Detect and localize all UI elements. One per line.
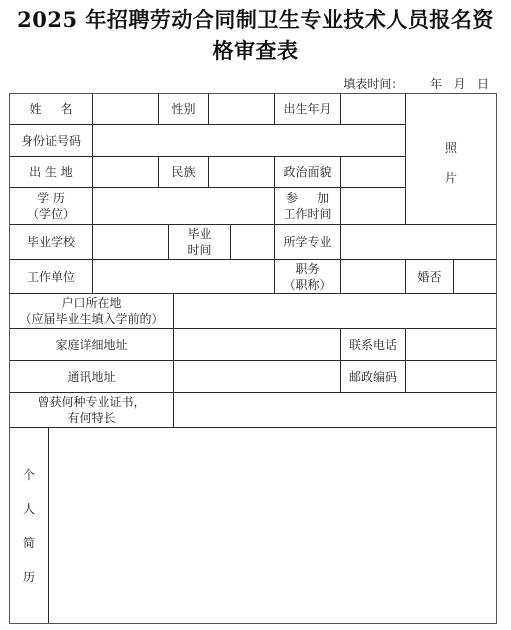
mailing-address-field[interactable]: [173, 360, 341, 393]
work-start-field[interactable]: [340, 187, 406, 225]
ethnicity-label: 民族: [158, 156, 209, 188]
birthplace-field[interactable]: [92, 156, 159, 188]
phone-field[interactable]: [405, 328, 497, 361]
resume-char-4: 历: [23, 569, 35, 585]
birth-date-field[interactable]: [340, 93, 406, 125]
graduation-time-label: 毕业 时间: [168, 224, 231, 260]
photo-label-1: 照: [445, 140, 457, 156]
postcode-field[interactable]: [405, 360, 497, 393]
birth-date-label: 出生年月: [274, 93, 341, 125]
employer-field[interactable]: [92, 259, 275, 294]
major-label: 所学专业: [274, 224, 341, 260]
education-label: 学 历 （学位）: [9, 187, 93, 225]
photo-label-2: 片: [445, 170, 457, 186]
school-field[interactable]: [92, 224, 169, 260]
resume-label: 个 人 简 历: [9, 427, 49, 624]
marital-status-field[interactable]: [453, 259, 497, 294]
position-label: 职务 （职称）: [274, 259, 341, 294]
certificates-label: 曾获何种专业证书， 有何特长: [9, 392, 174, 428]
work-start-label: 参 加 工作时间: [274, 187, 341, 225]
name-label: 姓 名: [9, 93, 93, 125]
resume-char-2: 人: [23, 501, 35, 517]
gender-field[interactable]: [208, 93, 275, 125]
position-field[interactable]: [340, 259, 406, 294]
postcode-label: 邮政编码: [340, 360, 406, 393]
ethnicity-field[interactable]: [208, 156, 275, 188]
id-number-label: 身份证号码: [9, 124, 93, 157]
form-title-line-1: 2025 年招聘劳动合同制卫生专业技术人员报名资: [0, 4, 511, 35]
marital-status-label: 婚否: [405, 259, 454, 294]
school-label: 毕业学校: [9, 224, 93, 260]
gender-label: 性别: [158, 93, 209, 125]
education-field[interactable]: [92, 187, 275, 225]
political-status-label: 政治面貌: [274, 156, 341, 188]
graduation-time-field[interactable]: [230, 224, 275, 260]
form-title: 2025 年招聘劳动合同制卫生专业技术人员报名资 格审查表: [0, 4, 511, 66]
birthplace-label: 出 生 地: [9, 156, 93, 188]
resume-char-3: 简: [23, 535, 35, 551]
phone-label: 联系电话: [340, 328, 406, 361]
certificates-field[interactable]: [173, 392, 497, 428]
hukou-field[interactable]: [173, 293, 497, 329]
resume-field[interactable]: [48, 427, 497, 624]
employer-label: 工作单位: [9, 259, 93, 294]
fill-time-label: 填表时间： 年 月 日: [343, 75, 489, 92]
mailing-address-label: 通讯地址: [9, 360, 174, 393]
form-title-line-2: 格审查表: [0, 35, 511, 66]
political-status-field[interactable]: [340, 156, 406, 188]
home-address-field[interactable]: [173, 328, 341, 361]
name-field[interactable]: [92, 93, 159, 125]
hukou-label: 户口所在地 （应届毕业生填入学前的）: [9, 293, 174, 329]
resume-char-1: 个: [23, 467, 35, 483]
photo-box[interactable]: 照 片: [405, 93, 497, 225]
major-field[interactable]: [340, 224, 497, 260]
id-number-field[interactable]: [92, 124, 406, 157]
home-address-label: 家庭详细地址: [9, 328, 174, 361]
